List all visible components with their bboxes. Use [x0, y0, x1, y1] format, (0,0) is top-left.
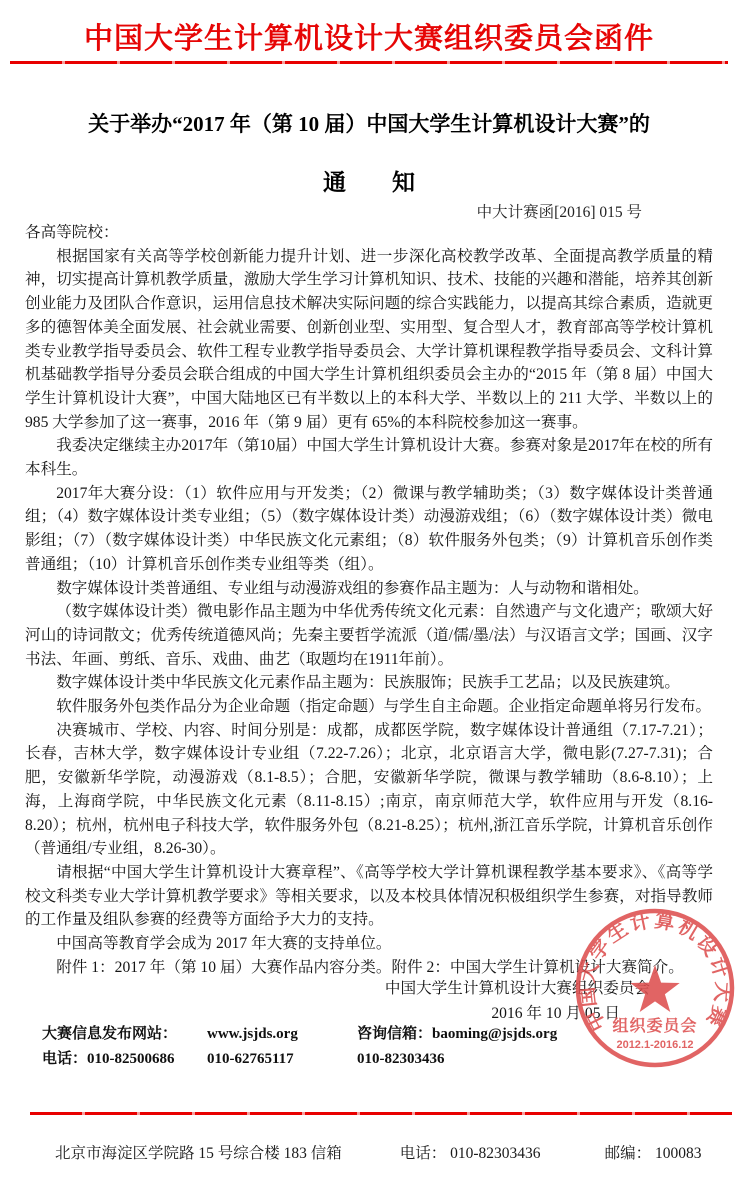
paragraph: 数字媒体设计类普通组、专业组与动漫游戏组的参赛作品主题为：人与动物和谐相处。 — [25, 577, 713, 601]
footer-phone: 电话： 010-82303436 — [400, 1141, 541, 1163]
salutation: 各高等院校： — [25, 221, 713, 245]
phone-2: 010-62765117 — [207, 1047, 357, 1072]
phone-1: 电话：010-82500686 — [42, 1047, 207, 1072]
official-seal: 中国大学生计算机设计大赛 组织委员会 2012.1-2016.12 — [570, 903, 738, 1073]
seal-star-icon — [630, 965, 679, 1012]
seal-committee-text: 组织委员会 — [612, 1016, 697, 1035]
letter-body: 各高等院校： 根据国家有关高等学校创新能力提升计划、进一步深化高校教学改革、全面… — [25, 221, 713, 980]
seal-dates-text: 2012.1-2016.12 — [616, 1039, 693, 1051]
letterhead-divider — [10, 61, 728, 64]
paragraph: 决赛城市、学校、内容、时间分别是：成都，成都医学院，数字媒体设计普通组（7.17… — [25, 719, 713, 861]
paragraph: 数字媒体设计类中华民族文化元素作品主题为：民族服饰；民族手工艺品；以及民族建筑。 — [25, 671, 713, 695]
document-number: 中大计赛函[2016] 015 号 — [477, 200, 642, 222]
notice-title-line1: 关于举办“2017 年（第 10 届）中国大学生计算机设计大赛”的 — [0, 108, 738, 138]
footer-address: 北京市海淀区学院路 15 号综合楼 183 信箱 — [55, 1141, 342, 1163]
paragraph: （数字媒体设计类）微电影作品主题为中华优秀传统文化元素：自然遗产与文化遗产；歌颂… — [25, 600, 713, 671]
document-page: 中国大学生计算机设计大赛组织委员会函件 关于举办“2017 年（第 10 届）中… — [0, 0, 738, 1186]
footer-postal-code: 邮编： 100083 — [605, 1141, 702, 1163]
footer-divider — [30, 1112, 732, 1115]
notice-title-line2: 通 知 — [0, 164, 738, 197]
paragraph: 软件服务外包类作品分为企业命题（指定命题）与学生自主命题。企业指定命题单将另行发… — [25, 695, 713, 719]
website-label: 大赛信息发布网站： — [42, 1022, 207, 1047]
letterhead-title: 中国大学生计算机设计大赛组织委员会函件 — [0, 16, 738, 57]
website-url: www.jsjds.org — [207, 1022, 357, 1047]
footer: 北京市海淀区学院路 15 号综合楼 183 信箱 电话： 010-8230343… — [55, 1141, 710, 1163]
paragraph: 我委决定继续主办2017年（第10届）中国大学生计算机设计大赛。参赛对象是201… — [25, 434, 713, 481]
paragraph: 2017年大赛分设：（1）软件应用与开发类；（2）微课与教学辅助类；（3）数字媒… — [25, 482, 713, 577]
paragraph: 根据国家有关高等学校创新能力提升计划、进一步深化高校教学改革、全面提高教学质量的… — [25, 245, 713, 435]
